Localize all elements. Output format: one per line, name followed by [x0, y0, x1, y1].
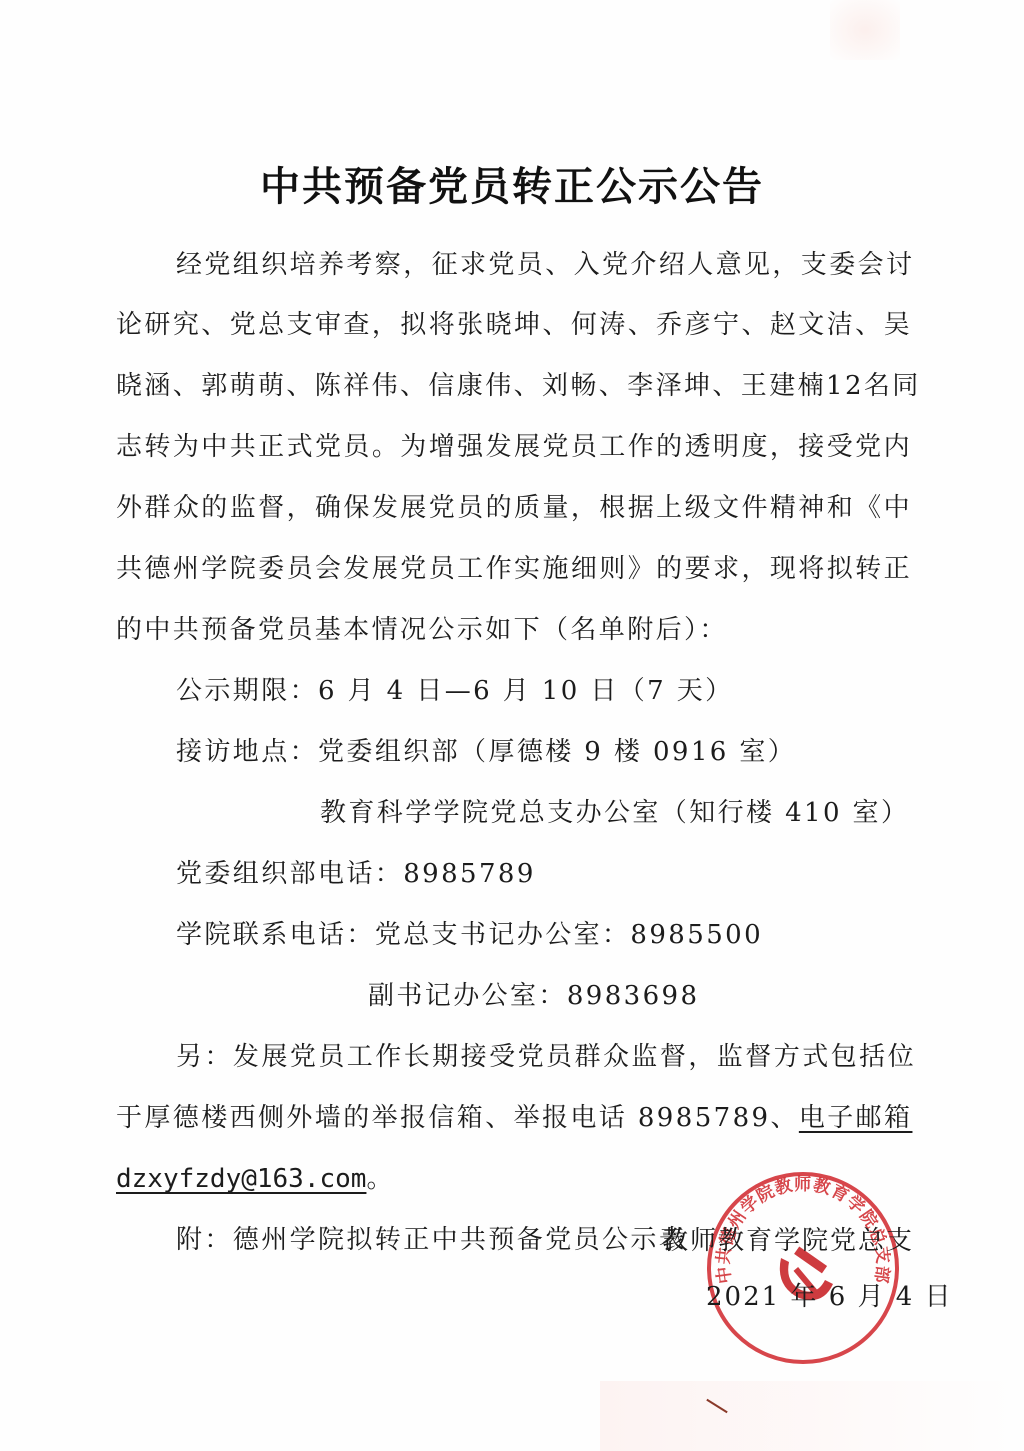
supervision-line-1: 另：发展党员工作长期接受党员群众监督，监督方式包括位 — [176, 1040, 916, 1074]
org-phone-row: 党委组织部电话：8985789 — [176, 857, 976, 891]
supervision-line-2: 于厚德楼西侧外墙的举报信箱、举报电话 8985789、电子邮箱 — [116, 1101, 912, 1135]
body-line-2: 论研究、党总支审查，拟将张晓坤、何涛、乔彦宁、赵文洁、吴 — [116, 308, 912, 342]
body-line-3: 晓涵、郭萌萌、陈祥伟、信康伟、刘畅、李泽坤、王建楠12名同 — [116, 369, 912, 403]
deputy-phone-label: 副书记办公室： — [368, 981, 567, 1011]
scan-smudge — [830, 0, 900, 60]
email-link[interactable]: dzxyfzdy@163.com — [116, 1164, 366, 1194]
document-page: 中共预备党员转正公示公告 经党组织培养考察，征求党员、入党介绍人意见，支委会讨 … — [0, 0, 1024, 1451]
college-phone-label: 学院联系电话： — [176, 920, 375, 950]
body-line-6: 共德州学院委员会发展党员工作实施细则》的要求，现将拟转正 — [116, 552, 912, 586]
visit-location-row: 接访地点：党委组织部（厚德楼 9 楼 0916 室） — [176, 735, 976, 769]
document-title: 中共预备党员转正公示公告 — [0, 155, 1024, 212]
official-seal-icon: 中共德州学院教师教育学院总支部委员会 — [703, 1168, 903, 1368]
secretary-phone-label: 党总支书记办公室： — [375, 920, 631, 950]
period-value: 6 月 4 日—6 月 10 日（7 天） — [318, 676, 734, 706]
org-phone-label: 党委组织部电话： — [176, 859, 403, 889]
visit-location-1: 党委组织部（厚德楼 9 楼 0916 室） — [318, 737, 796, 767]
supervision-text: 于厚德楼西侧外墙的举报信箱、举报电话 8985789、 — [116, 1103, 799, 1133]
period-label: 公示期限： — [176, 676, 318, 706]
period-row: 公示期限：6 月 4 日—6 月 10 日（7 天） — [176, 674, 976, 708]
body-line-7: 的中共预备党员基本情况公示如下（名单附后）： — [116, 613, 916, 647]
email-link-label[interactable]: 电子邮箱 — [799, 1103, 913, 1133]
deputy-phone-value: 8983698 — [567, 981, 700, 1011]
org-phone-value: 8985789 — [403, 859, 536, 889]
email-tail: 。 — [366, 1164, 394, 1194]
signature-date: 2021 年 6 月 4 日 — [706, 1280, 953, 1314]
body-line-5: 外群众的监督，确保发展党员的质量，根据上级文件精神和《中 — [116, 491, 912, 525]
deputy-phone-row: 副书记办公室：8983698 — [368, 979, 1024, 1013]
signature-organization: 教师教育学院党总支 — [662, 1224, 914, 1258]
college-phone-row: 学院联系电话：党总支书记办公室：8985500 — [176, 918, 976, 952]
body-line-1: 经党组织培养考察，征求党员、入党介绍人意见，支委会讨 — [176, 248, 976, 282]
scan-tint — [600, 1381, 1024, 1451]
visit-location-label: 接访地点： — [176, 737, 318, 767]
body-line-4: 志转为中共正式党员。为增强发展党员工作的透明度，接受党内 — [116, 430, 912, 464]
visit-location-2: 教育科学学院党总支办公室（知行楼 410 室） — [320, 796, 1024, 830]
secretary-phone-value: 8985500 — [630, 920, 763, 950]
